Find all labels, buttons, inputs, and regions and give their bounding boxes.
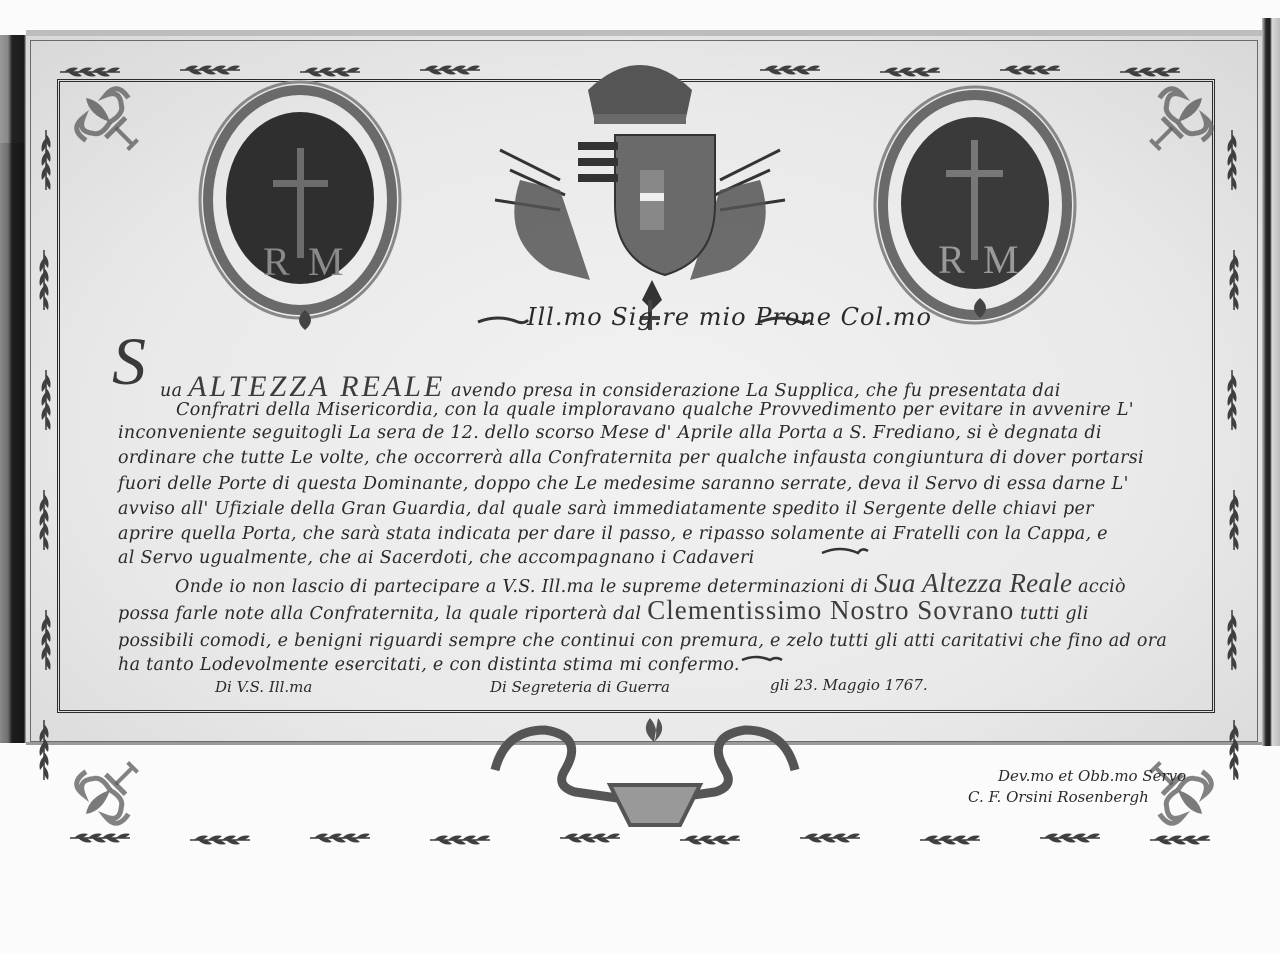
monogram-left-m: M [308,238,344,285]
body-line-5: fuori delle Porte di questa Dominante, d… [118,474,1129,494]
monogram-right-m: M [983,236,1019,283]
line-prefix: Onde io non lascio di partecipare a V.S.… [175,577,868,597]
signature-line-2: C. F. Orsini Rosenbergh [968,788,1149,806]
frame-left-edge [0,35,26,143]
drop-cap: S [112,322,146,401]
body-line-11: possibili comodi, e benigni riguardi sem… [118,631,1167,651]
line-suffix: avendo presa in considerazione La Suppli… [451,381,1061,401]
line-prefix: possa farle note alla Confraternita, la … [118,604,641,624]
body-line-3: inconveniente seguitogli La sera de 12. … [118,423,1102,443]
salutation: Ill.mo Sig.re mio Prone Col.mo [527,303,932,331]
sua-altezza-reale-title: Sua Altezza Reale [874,568,1072,598]
monogram-right-r: R [938,236,965,283]
closing-left: Di V.S. Ill.ma [215,678,312,696]
body-line-6: avviso all' Ufiziale della Gran Guardia,… [118,499,1094,519]
line-suffix: acciò [1078,577,1126,597]
body-line-8: al Servo ugualmente, che ai Sacerdoti, c… [118,548,755,568]
line-suffix: tutti gli [1020,604,1089,624]
line-prefix: ua [160,381,182,401]
garland-bottom [70,834,1210,845]
frame-right-edge [1262,18,1280,746]
frame-left-edge-lower [0,143,26,743]
closing-date: gli 23. Maggio 1767. [770,676,928,694]
body-line-4: ordinare che tutte Le volte, che occorre… [118,448,1144,468]
body-line-2: Confratri della Misericordia, con la qua… [176,400,1134,420]
body-line-10: possa farle note alla Confraternita, la … [118,595,1089,626]
closing-office: Di Segreteria di Guerra [490,678,670,696]
monogram-left-r: R [263,238,290,285]
clementissimo-sovrano-title: Clementissimo Nostro Sovrano [647,595,1014,625]
altezza-reale-heading: ALTEZZA REALE [188,370,445,403]
fleur-de-lis-icon [64,746,154,836]
body-line-7: aprire quella Porta, che sarà stata indi… [118,524,1108,544]
signature-line-1: Dev.mo et Obb.mo Servo [998,767,1186,785]
body-line-12: ha tanto Lodevolmente esercitati, e con … [118,655,740,675]
body-line-1: ua ALTEZZA REALE avendo presa in conside… [160,370,1061,404]
